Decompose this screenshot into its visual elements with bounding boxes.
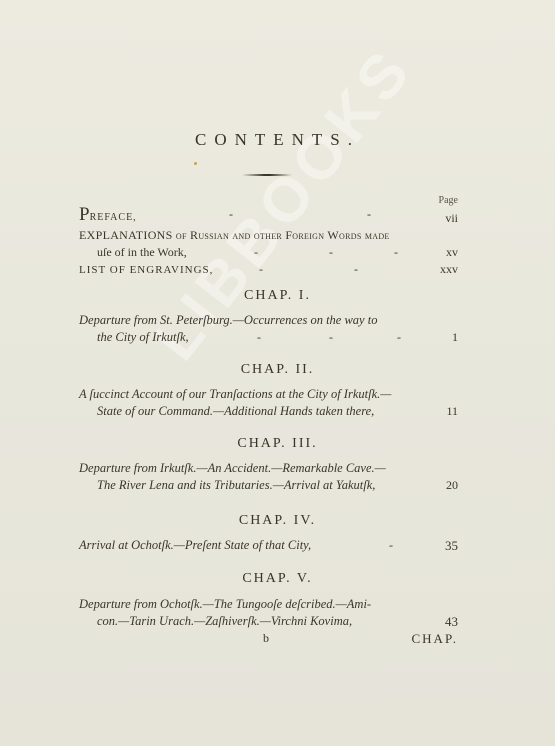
summary-line: Departure from Ochotſk.—The Tungooſe deſ…: [79, 597, 371, 611]
chapter-summary-cont: con.—Tarin Urach.—Zaſhiverſk.—Virchni Ko…: [79, 613, 458, 630]
ink-speck: [194, 162, 197, 165]
entry-line: EXPLANATIONS of Ruſſian and other Foreig…: [79, 228, 390, 242]
chapter-summary: Departure from Irkutſk.—An Accident.—Rem…: [79, 460, 458, 477]
chapter-summary: Arrival at Ochotſk.—Preſent State of tha…: [79, 537, 458, 554]
page-number: 35: [445, 537, 458, 554]
entry-label: LIST OF ENGRAVINGS,: [79, 264, 213, 276]
page-number: 20: [446, 477, 458, 494]
leader-dash: -: [254, 244, 258, 261]
leader-dash: -: [394, 244, 398, 261]
page-number: xv: [446, 244, 458, 261]
chapter-summary: A ſuccinct Account of our Tranſactions a…: [79, 386, 458, 403]
toc-entry-preface: PREFACE, - - vii: [79, 206, 458, 226]
toc-entry-engravings: LIST OF ENGRAVINGS, - - xxv: [79, 261, 458, 279]
leader-dash: -: [354, 261, 358, 278]
chapter-heading: CHAP. II.: [0, 362, 555, 378]
summary-line: Departure from Irkutſk.—An Accident.—Rem…: [79, 461, 386, 475]
leader-dash: -: [329, 329, 333, 346]
leader-dash: -: [329, 244, 333, 261]
entry-line: uſe of in the Work,: [79, 245, 187, 259]
leader-dash: -: [259, 261, 263, 278]
catchword: CHAP.: [412, 631, 459, 647]
chapter-heading: CHAP. IV.: [0, 513, 555, 529]
drop-letter: P: [79, 204, 90, 225]
leader-dash: -: [367, 206, 371, 223]
signature-mark: b: [263, 631, 269, 646]
chapter-summary: Departure from Ochotſk.—The Tungooſe deſ…: [79, 596, 458, 613]
toc-entry-explanations-cont: uſe of in the Work, - - - xv: [79, 244, 458, 261]
leader-dash: -: [389, 537, 393, 554]
page-number: 11: [446, 403, 458, 420]
page-number: 1: [452, 329, 458, 346]
page-number: 43: [445, 613, 458, 630]
chapter-summary-cont: the City of Irkutſk, - - - 1: [79, 329, 458, 346]
page-column-label: Page: [420, 195, 458, 206]
summary-line: con.—Tarin Urach.—Zaſhiverſk.—Virchni Ko…: [79, 614, 352, 628]
summary-line: State of our Command.—Additional Hands t…: [79, 404, 374, 418]
leader-dash: -: [397, 329, 401, 346]
ornamental-rule: [242, 174, 292, 176]
chapter-summary: Departure from St. Peterſburg.—Occurrenc…: [79, 312, 458, 329]
summary-line: Departure from St. Peterſburg.—Occurrenc…: [79, 313, 377, 327]
summary-line: the City of Irkutſk,: [79, 330, 189, 344]
chapter-heading: CHAP. I.: [0, 288, 555, 304]
chapter-heading: CHAP. V.: [0, 571, 555, 587]
book-page: LIBBOOKS CONTENTS. Page PREFACE, - - vii…: [0, 0, 555, 746]
page-title: CONTENTS.: [0, 130, 555, 150]
summary-line: The River Lena and its Tributaries.—Arri…: [79, 478, 375, 492]
chapter-heading: CHAP. III.: [0, 436, 555, 452]
chapter-summary-cont: The River Lena and its Tributaries.—Arri…: [79, 477, 458, 494]
page-number: vii: [445, 210, 458, 227]
toc-entry-explanations: EXPLANATIONS of Ruſſian and other Foreig…: [79, 227, 458, 244]
summary-line: Arrival at Ochotſk.—Preſent State of tha…: [79, 538, 311, 552]
leader-dash: -: [257, 329, 261, 346]
entry-label: REFACE,: [90, 212, 137, 223]
chapter-summary-cont: State of our Command.—Additional Hands t…: [79, 403, 458, 420]
summary-line: A ſuccinct Account of our Tranſactions a…: [79, 387, 391, 401]
page-number: xxv: [440, 261, 458, 278]
leader-dash: -: [229, 206, 233, 223]
